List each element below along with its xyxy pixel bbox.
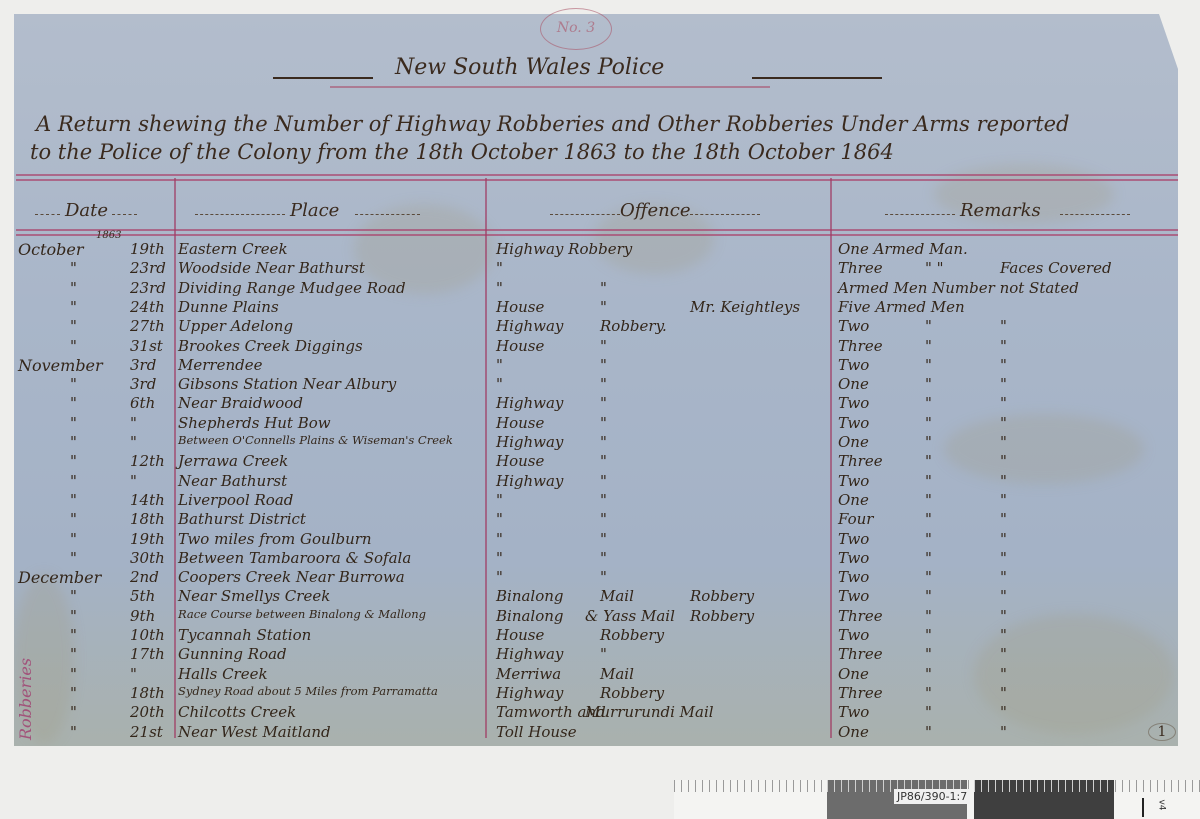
table-row: "30thBetween Tambaroora & Sofala""Two"": [0, 549, 1200, 568]
remarks-cell: Three: [838, 607, 883, 625]
table-row: December2ndCoopers Creek Near Burrowa""T…: [0, 568, 1200, 587]
day-cell: 3rd: [130, 356, 156, 374]
place-cell: Near Smellys Creek: [178, 587, 330, 605]
day-cell: 18th: [130, 684, 165, 702]
remarks-cell: ": [1000, 626, 1007, 644]
offence-cell: Mail: [600, 665, 634, 683]
offence-cell: Highway: [496, 684, 563, 702]
day-cell: 3rd: [130, 375, 156, 393]
place-cell: Woodside Near Bathurst: [178, 259, 365, 277]
offence-cell: Robbery.: [600, 317, 667, 335]
remarks-cell: ": [1000, 723, 1007, 741]
table-row: "6thNear BraidwoodHighway"Two"": [0, 394, 1200, 413]
offence-cell: ": [600, 279, 607, 297]
remarks-cell: Two: [838, 414, 869, 432]
offence-cell: Highway: [496, 472, 563, 490]
remarks-cell: ": [1000, 703, 1007, 721]
remarks-cell: ": [925, 723, 932, 741]
table-row: ""Shepherds Hut BowHouse"Two"": [0, 414, 1200, 433]
remarks-cell: Faces Covered: [1000, 259, 1112, 277]
day-cell: 19th: [130, 530, 165, 548]
remarks-cell: ": [925, 375, 932, 393]
place-cell: Halls Creek: [178, 665, 268, 683]
column-header-remarks: Remarks: [960, 200, 1041, 221]
offence-cell: Merriwa: [496, 665, 561, 683]
offence-cell: ": [600, 510, 607, 528]
offence-cell: ": [600, 298, 607, 316]
place-cell: Race Course between Binalong & Mallong: [178, 607, 426, 621]
offence-cell: ": [496, 279, 503, 297]
remarks-cell: Three: [838, 337, 883, 355]
remarks-cell: ": [925, 645, 932, 663]
remarks-cell: ": [925, 337, 932, 355]
remarks-cell: Two: [838, 317, 869, 335]
remarks-cell: Two: [838, 587, 869, 605]
offence-cell: Toll House: [496, 723, 577, 741]
table-row: "12thJerrawa CreekHouse"Three"": [0, 452, 1200, 471]
scale-mark: [1142, 798, 1144, 817]
offence-cell: ": [496, 510, 503, 528]
remarks-cell: Two: [838, 549, 869, 567]
offence-cell: Binalong: [496, 587, 564, 605]
day-cell: 31st: [130, 337, 163, 355]
day-cell: 18th: [130, 510, 165, 528]
day-cell: 14th: [130, 491, 165, 509]
header-dash: [1060, 214, 1130, 215]
table-row: "24thDunne PlainsHouse"Mr. KeightleysFiv…: [0, 298, 1200, 317]
column-header-place: Place: [290, 200, 339, 221]
offence-cell: ": [496, 356, 503, 374]
offence-cell: ": [600, 568, 607, 586]
place-cell: Sydney Road about 5 Miles from Parramatt…: [178, 684, 438, 698]
table-row: "21stNear West MaitlandToll HouseOne"": [0, 723, 1200, 742]
remarks-cell: Two: [838, 626, 869, 644]
offence-cell: Highway Robbery: [496, 240, 632, 258]
place-cell: Gibsons Station Near Albury: [178, 375, 396, 393]
remarks-cell: Two: [838, 394, 869, 412]
remarks-cell: ": [925, 549, 932, 567]
offence-cell: & Yass Mail: [585, 607, 675, 625]
table-row: October19thEastern CreekHighway RobberyO…: [0, 240, 1200, 259]
offence-cell: Highway: [496, 433, 563, 451]
title-rule: [752, 77, 882, 79]
offence-cell: ": [600, 491, 607, 509]
offence-cell: Binalong: [496, 607, 564, 625]
day-cell: 17th: [130, 645, 165, 663]
ruler-ticks: [974, 780, 1114, 792]
remarks-cell: Two: [838, 530, 869, 548]
remarks-cell: Three: [838, 684, 883, 702]
header-bottom-rule: [16, 234, 1178, 236]
remarks-cell: ": [925, 530, 932, 548]
offence-cell: Robbery: [690, 587, 754, 605]
table-row: November3rdMerrendee""Two"": [0, 356, 1200, 375]
table-row: ""Halls CreekMerriwaMailOne"": [0, 665, 1200, 684]
remarks-cell: ": [925, 433, 932, 451]
place-cell: Merrendee: [178, 356, 262, 374]
offence-cell: ": [600, 549, 607, 567]
table-row: "20thChilcotts CreekTamworth andMurrurun…: [0, 703, 1200, 722]
place-cell: Gunning Road: [178, 645, 287, 663]
remarks-cell: ": [1000, 337, 1007, 355]
place-cell: Dunne Plains: [178, 298, 279, 316]
remarks-cell: ": [925, 452, 932, 470]
remarks-cell: ": [925, 665, 932, 683]
title-rule: [273, 77, 373, 79]
remarks-cell: Two: [838, 703, 869, 721]
header-dash: [195, 214, 285, 215]
remarks-cell: ": [925, 510, 932, 528]
offence-cell: ": [496, 375, 503, 393]
remarks-cell: ": [1000, 375, 1007, 393]
day-cell: 23rd: [130, 259, 166, 277]
remarks-cell: ": [925, 394, 932, 412]
remarks-cell: One: [838, 375, 869, 393]
table-row: "10thTycannah StationHouseRobberyTwo"": [0, 626, 1200, 645]
table-row: ""Near BathurstHighway"Two"": [0, 472, 1200, 491]
remarks-cell: Three: [838, 259, 883, 277]
table-row: "23rdDividing Range Mudgee Road""Armed M…: [0, 279, 1200, 298]
remarks-cell: Two: [838, 356, 869, 374]
header-dash: [885, 214, 955, 215]
day-cell: 21st: [130, 723, 163, 741]
month-cell: November: [18, 356, 88, 375]
offence-cell: ": [600, 337, 607, 355]
remarks-cell: ": [1000, 530, 1007, 548]
remarks-cell: ": [1000, 394, 1007, 412]
offence-cell: ": [600, 394, 607, 412]
place-cell: Jerrawa Creek: [178, 452, 288, 470]
month-cell: October: [18, 240, 88, 259]
remarks-cell: One: [838, 665, 869, 683]
day-cell: 27th: [130, 317, 165, 335]
offence-cell: House: [496, 414, 544, 432]
remarks-cell: Five Armed Men: [838, 298, 965, 316]
day-cell: 5th: [130, 587, 155, 605]
place-cell: Bathurst District: [178, 510, 306, 528]
offence-cell: Mail: [600, 587, 634, 605]
column-header-date: Date: [65, 200, 108, 221]
table-row: "19thTwo miles from Goulburn""Two"": [0, 530, 1200, 549]
offence-cell: Mr. Keightleys: [690, 298, 800, 316]
offence-cell: Robbery: [690, 607, 754, 625]
scale-bar: JP86/390-1:7 v4: [674, 780, 1200, 819]
place-cell: Near Bathurst: [178, 472, 287, 490]
place-cell: Eastern Creek: [178, 240, 288, 258]
column-header-offence: Offence: [620, 200, 691, 221]
offence-cell: Highway: [496, 645, 563, 663]
offence-cell: ": [496, 530, 503, 548]
document-heading: New South Wales Police: [395, 55, 664, 80]
table-row: "27thUpper AdelongHighwayRobbery.Two"": [0, 317, 1200, 336]
remarks-cell: ": [1000, 568, 1007, 586]
header-bottom-rule: [16, 229, 1178, 231]
offence-cell: ": [600, 375, 607, 393]
remarks-cell: ": [1000, 452, 1007, 470]
margin-note: Robberies: [16, 658, 35, 740]
day-cell: ": [130, 665, 137, 683]
remarks-cell: Four: [838, 510, 873, 528]
archive-stamp: No. 3: [540, 8, 612, 50]
offence-cell: Highway: [496, 394, 563, 412]
table-row: ""Between O'Connells Plains & Wiseman's …: [0, 433, 1200, 452]
table-row: "17thGunning RoadHighway"Three"": [0, 645, 1200, 664]
remarks-cell: ": [1000, 607, 1007, 625]
table-row: "31stBrookes Creek DiggingsHouse"Three"": [0, 337, 1200, 356]
place-cell: Between Tambaroora & Sofala: [178, 549, 411, 567]
remarks-cell: Armed Men Number not Stated: [838, 279, 1079, 297]
offence-cell: Murrurundi Mail: [585, 703, 714, 721]
remarks-cell: ": [1000, 433, 1007, 451]
day-cell: 10th: [130, 626, 165, 644]
table-row: "18thSydney Road about 5 Miles from Parr…: [0, 684, 1200, 703]
table-row: "14thLiverpool Road""One"": [0, 491, 1200, 510]
offence-cell: Robbery: [600, 626, 664, 644]
day-cell: ": [130, 433, 137, 451]
day-cell: 9th: [130, 607, 155, 625]
offence-cell: Highway: [496, 317, 563, 335]
offence-cell: ": [600, 414, 607, 432]
offence-cell: House: [496, 452, 544, 470]
offence-cell: ": [496, 549, 503, 567]
remarks-cell: One Armed Man.: [838, 240, 968, 258]
day-cell: ": [130, 472, 137, 490]
remarks-cell: ": [1000, 684, 1007, 702]
offence-cell: ": [600, 356, 607, 374]
header-dash: [112, 214, 137, 215]
day-cell: 20th: [130, 703, 165, 721]
table-row: "9thRace Course between Binalong & Mallo…: [0, 607, 1200, 626]
day-cell: ": [130, 414, 137, 432]
folio-number: 1: [1148, 723, 1176, 741]
place-cell: Brookes Creek Diggings: [178, 337, 363, 355]
header-dash: [355, 214, 420, 215]
remarks-cell: ": [925, 317, 932, 335]
place-cell: Two miles from Goulburn: [178, 530, 372, 548]
header-dash: [35, 214, 60, 215]
remarks-cell: ": [1000, 317, 1007, 335]
place-cell: Liverpool Road: [178, 491, 293, 509]
place-cell: Shepherds Hut Bow: [178, 414, 331, 432]
offence-cell: House: [496, 298, 544, 316]
remarks-cell: ": [925, 491, 932, 509]
remarks-cell: ": [1000, 472, 1007, 490]
remarks-cell: ": [1000, 510, 1007, 528]
table-top-rule: [16, 174, 1178, 176]
place-cell: Near West Maitland: [178, 723, 331, 741]
remarks-cell: ": [925, 684, 932, 702]
remarks-cell: Three: [838, 452, 883, 470]
remarks-cell: ": [925, 703, 932, 721]
heading-underline: [330, 86, 770, 88]
place-cell: Between O'Connells Plains & Wiseman's Cr…: [178, 433, 453, 447]
place-cell: Dividing Range Mudgee Road: [178, 279, 406, 297]
offence-cell: ": [600, 472, 607, 490]
remarks-cell: ": [1000, 665, 1007, 683]
remarks-cell: ": [925, 414, 932, 432]
remarks-cell: ": [1000, 549, 1007, 567]
table-row: "18thBathurst District""Four"": [0, 510, 1200, 529]
remarks-cell: ": [1000, 587, 1007, 605]
remarks-cell: ": [1000, 356, 1007, 374]
scale-label: v4: [1157, 799, 1167, 810]
document-subtitle-line1: A Return shewing the Number of Highway R…: [36, 112, 1070, 136]
remarks-cell: ": [925, 568, 932, 586]
day-cell: 6th: [130, 394, 155, 412]
offence-cell: Robbery: [600, 684, 664, 702]
remarks-cell: ": [925, 626, 932, 644]
remarks-cell: ": [925, 356, 932, 374]
place-cell: Near Braidwood: [178, 394, 303, 412]
day-cell: 12th: [130, 452, 165, 470]
header-dash: [550, 214, 620, 215]
offence-cell: ": [496, 568, 503, 586]
day-cell: 19th: [130, 240, 165, 258]
remarks-cell: One: [838, 723, 869, 741]
remarks-cell: One: [838, 491, 869, 509]
offence-cell: ": [600, 452, 607, 470]
remarks-cell: " ": [925, 259, 944, 277]
remarks-cell: ": [1000, 491, 1007, 509]
table-row: "23rdWoodside Near Bathurst"Three" "Face…: [0, 259, 1200, 278]
day-cell: 23rd: [130, 279, 166, 297]
offence-cell: ": [600, 530, 607, 548]
offence-cell: ": [600, 645, 607, 663]
offence-cell: ": [496, 259, 503, 277]
offence-cell: ": [496, 491, 503, 509]
offence-cell: ": [600, 433, 607, 451]
document-subtitle-line2: to the Police of the Colony from the 18t…: [30, 140, 894, 164]
remarks-cell: ": [925, 607, 932, 625]
remarks-cell: ": [1000, 645, 1007, 663]
header-dash: [690, 214, 760, 215]
month-cell: December: [18, 568, 88, 587]
table-row: "3rdGibsons Station Near Albury""One"": [0, 375, 1200, 394]
day-cell: 24th: [130, 298, 165, 316]
place-cell: Upper Adelong: [178, 317, 293, 335]
remarks-cell: ": [925, 587, 932, 605]
remarks-cell: Two: [838, 568, 869, 586]
remarks-cell: One: [838, 433, 869, 451]
place-cell: Coopers Creek Near Burrowa: [178, 568, 405, 586]
offence-cell: House: [496, 626, 544, 644]
day-cell: 30th: [130, 549, 165, 567]
place-cell: Tycannah Station: [178, 626, 311, 644]
table-top-rule: [16, 179, 1178, 181]
remarks-cell: ": [1000, 414, 1007, 432]
table-row: "5thNear Smellys CreekBinalongMailRobber…: [0, 587, 1200, 606]
remarks-cell: ": [925, 472, 932, 490]
remarks-cell: Two: [838, 472, 869, 490]
remarks-cell: Three: [838, 645, 883, 663]
archive-reference: JP86/390-1:7: [894, 789, 970, 804]
dark-patch: [974, 780, 1114, 819]
offence-cell: House: [496, 337, 544, 355]
place-cell: Chilcotts Creek: [178, 703, 296, 721]
day-cell: 2nd: [130, 568, 159, 586]
